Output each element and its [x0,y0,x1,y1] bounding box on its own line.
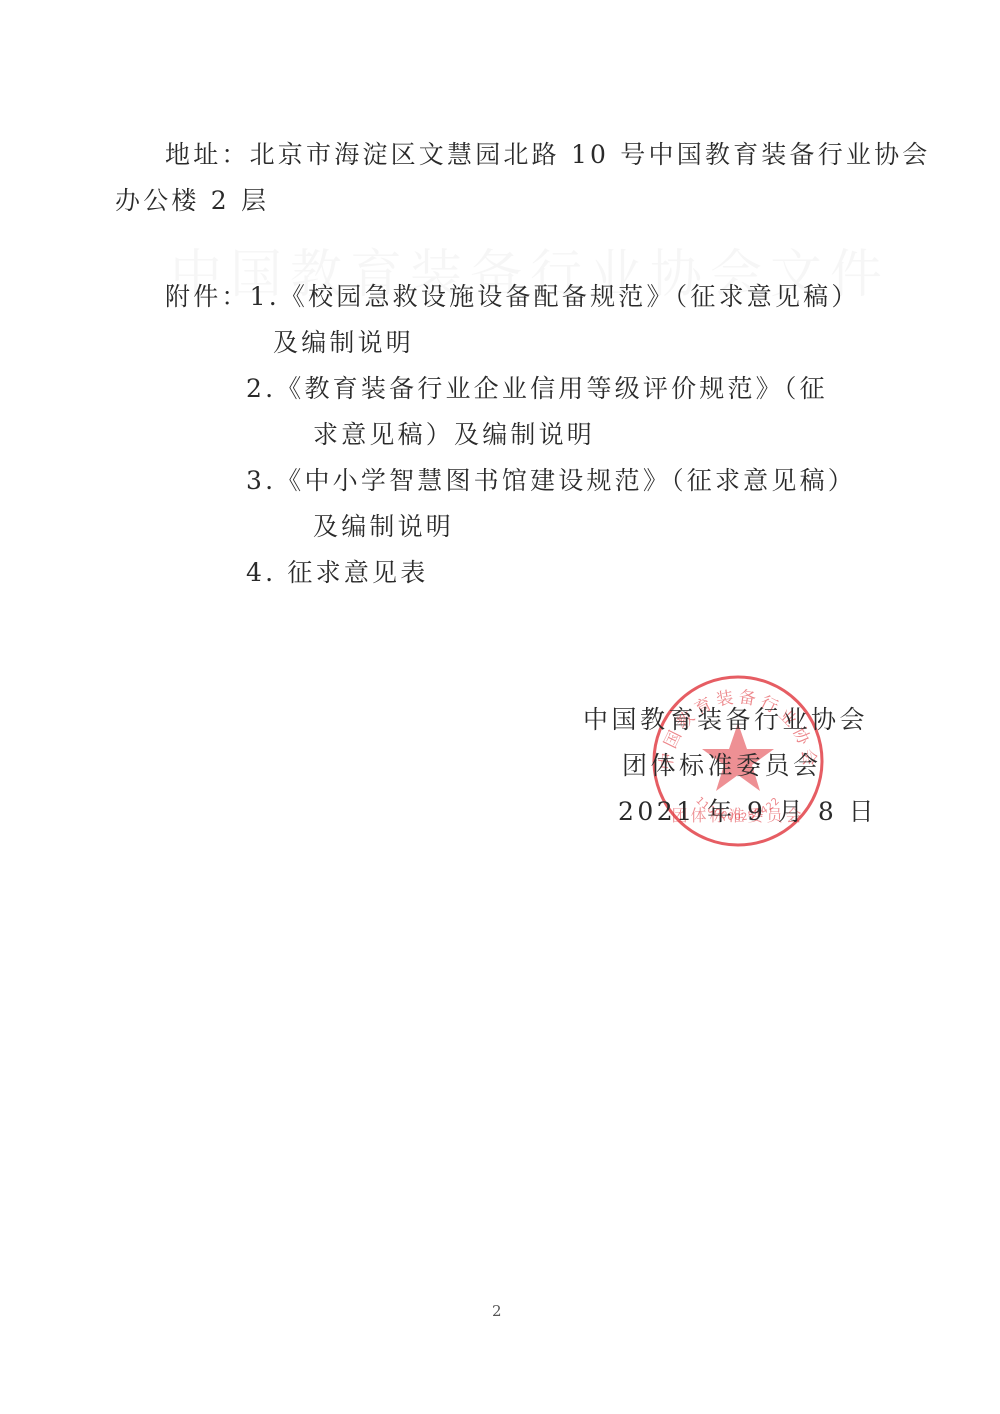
attachment-number: 2. [246,374,276,403]
attachment-3: 3.《中小学智慧图书馆建设规范》（征求意见稿） [246,466,856,496]
attachment-title: 《校园急救设施设备配备规范》（征求意见稿） [280,282,860,311]
attachment-number: 3. [246,466,276,495]
attachment-2: 2.《教育装备行业企业信用等级评价规范》（征 [246,374,828,404]
attachment-4: 4. 征求意见表 [246,558,428,588]
signature-org: 中国教育装备行业协会 [583,705,868,735]
attachment-1: 附件：1.《校园急救设施设备配备规范》（征求意见稿） [165,282,860,312]
page-number: 2 [492,1302,502,1320]
attachment-title: 征求意见表 [276,558,428,587]
attachment-2-continuation: 求意见稿）及编制说明 [313,420,595,450]
attachment-title: 《中小学智慧图书馆建设规范》（征求意见稿） [276,466,856,495]
attachment-1-continuation: 及编制说明 [273,328,414,358]
signature-date: 2021 年 9 月 8 日 [618,797,877,827]
address-line-2: 办公楼 2 层 [115,186,269,216]
attachment-number: 1. [250,282,280,311]
attachment-title: 《教育装备行业企业信用等级评价规范》（征 [276,374,828,403]
address-line-1: 地址：北京市海淀区文慧园北路 10 号中国教育装备行业协会 [165,140,931,170]
attachment-number: 4. [246,558,276,587]
attachments-label: 附件： [165,282,250,311]
signature-committee: 团体标准委员会 [622,751,822,781]
attachment-3-continuation: 及编制说明 [313,512,454,542]
